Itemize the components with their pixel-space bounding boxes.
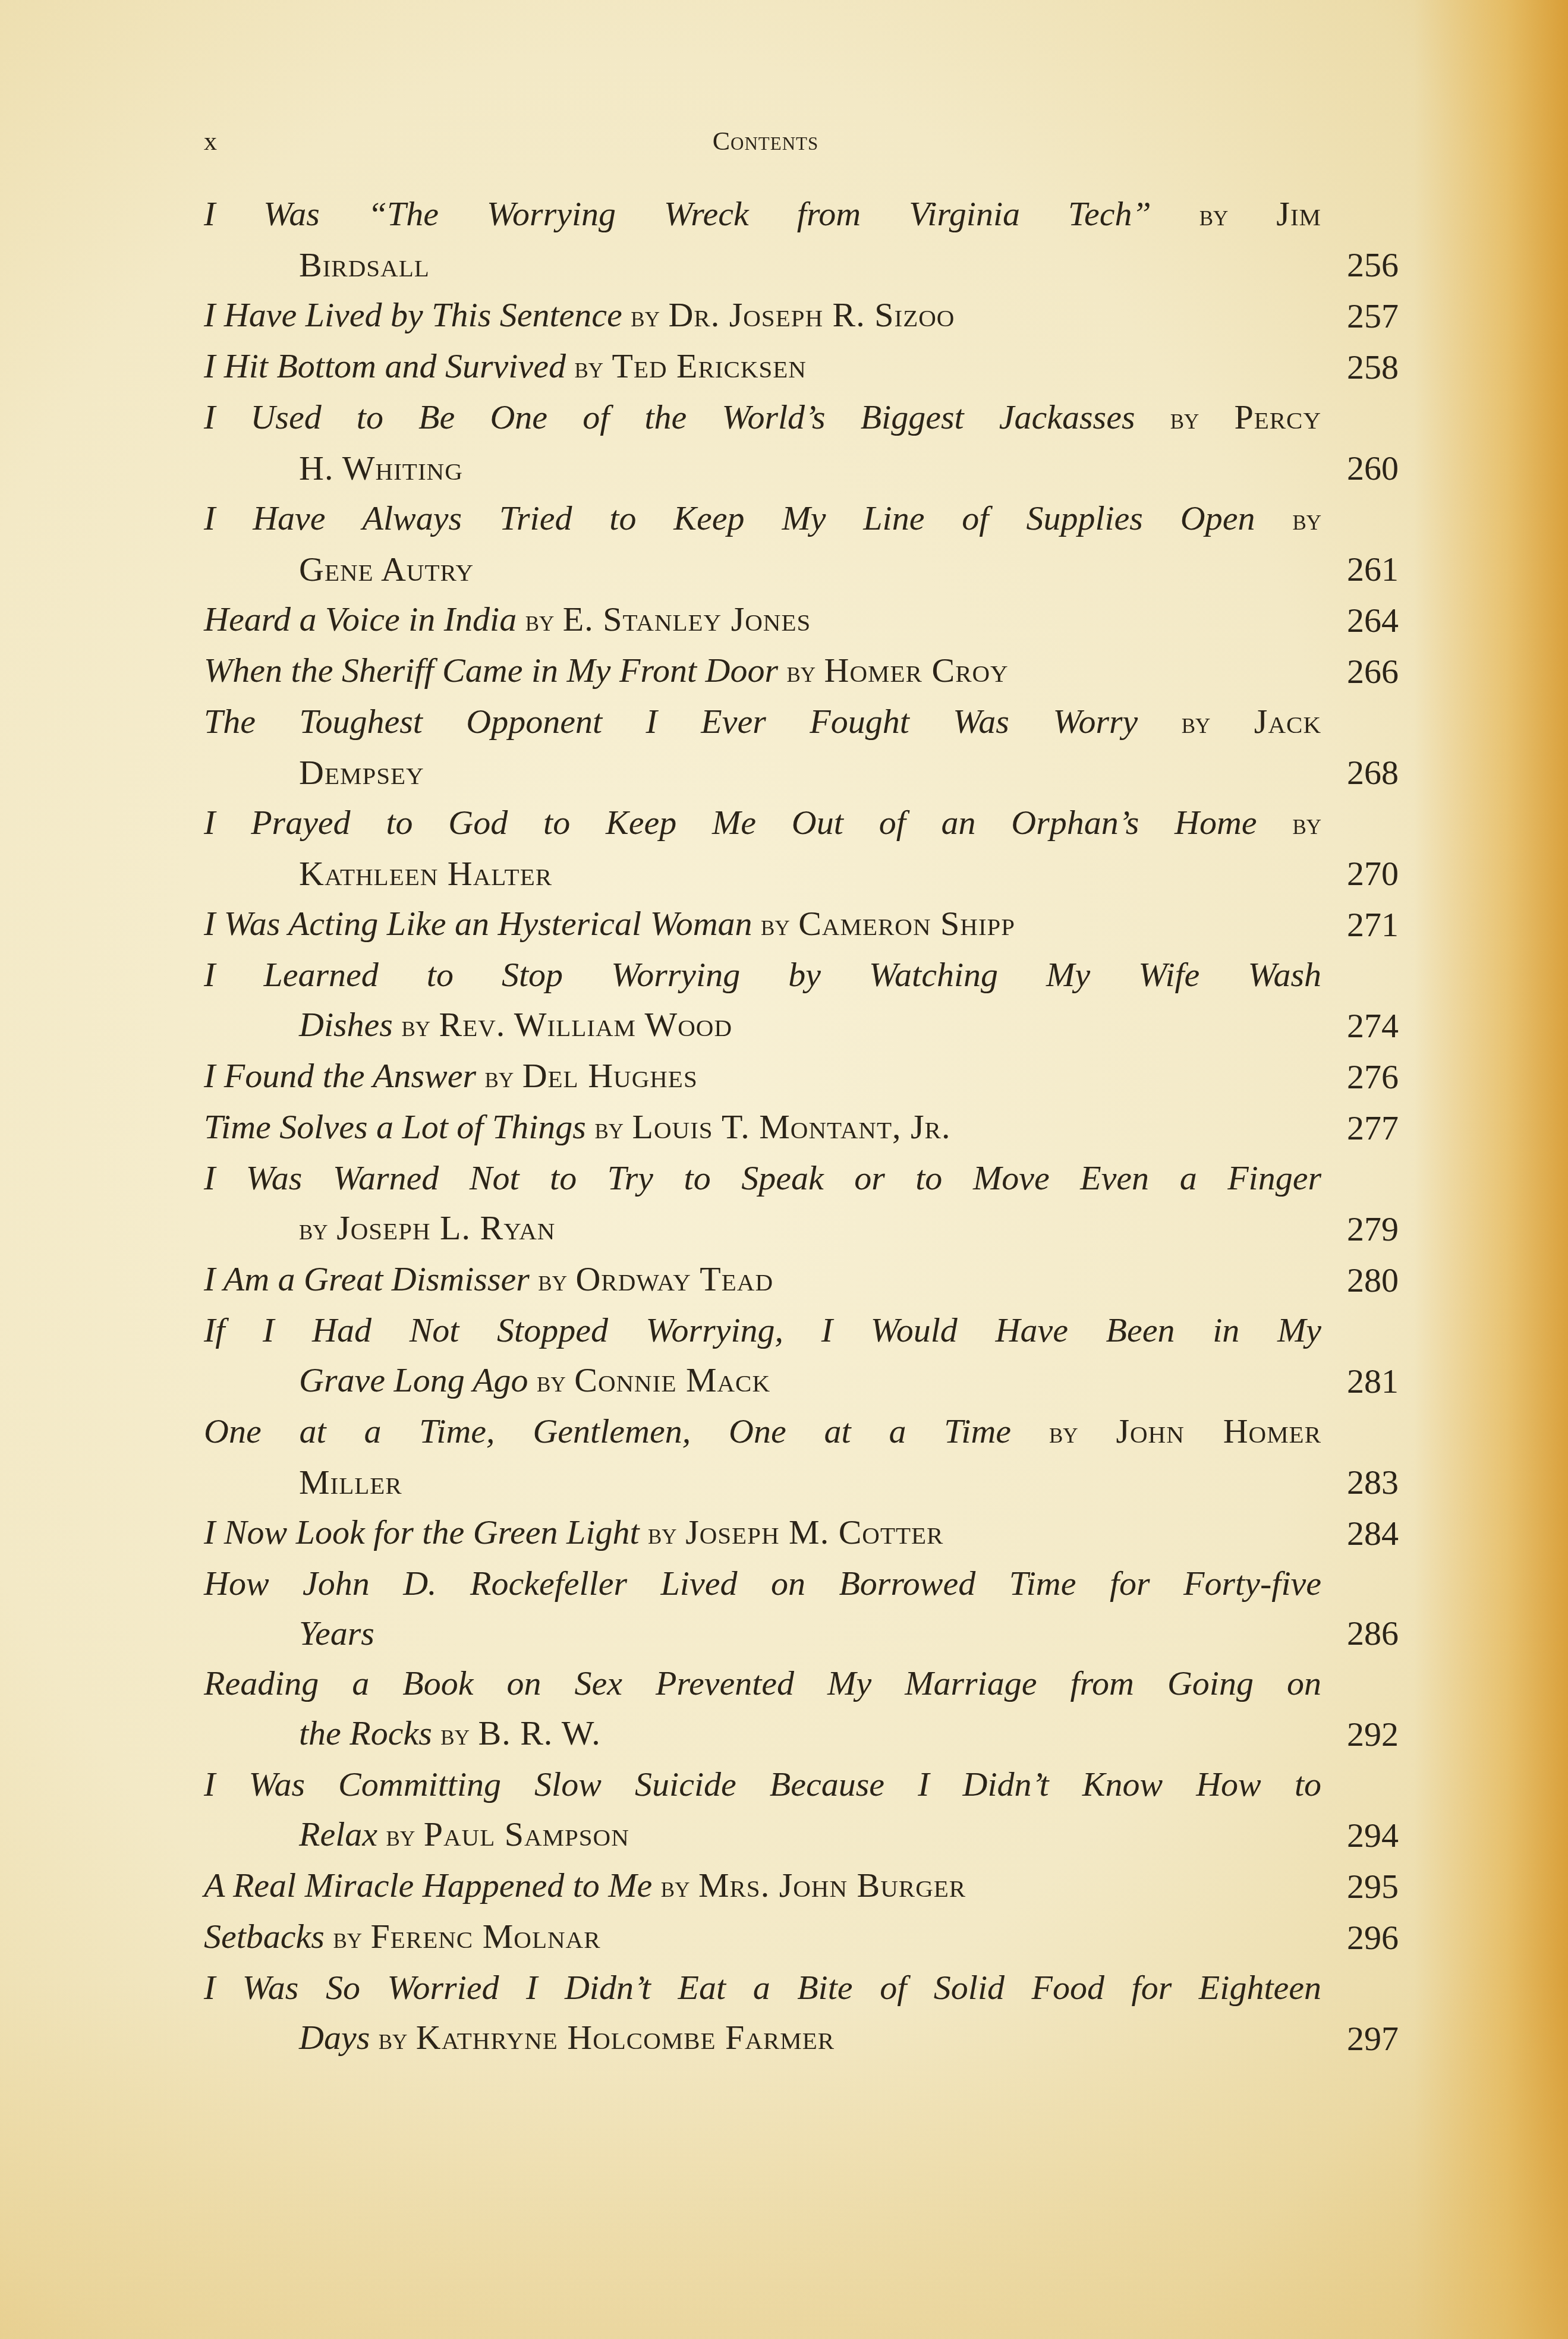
chapter-title: I Now Look for the Green Light bbox=[204, 1513, 640, 1551]
page-number: 261 bbox=[1347, 544, 1399, 594]
page-number: 276 bbox=[1347, 1052, 1399, 1102]
entry-line: A Real Miracle Happened to Me by Mrs. Jo… bbox=[204, 1861, 1399, 1912]
entry-continuation-line: by Joseph L. Ryan bbox=[204, 1203, 1399, 1254]
chapter-title: I Learned to Stop Worrying by Watching M… bbox=[204, 955, 1321, 994]
author-name: Connie Mack bbox=[574, 1361, 770, 1399]
author-name: B. R. W. bbox=[478, 1714, 600, 1752]
chapter-title: I Was Acting Like an Hysterical Woman bbox=[204, 904, 752, 943]
chapter-title: I Was So Worried I Didn’t Eat a Bite of … bbox=[204, 1968, 1321, 2007]
by-label: by bbox=[401, 1009, 430, 1043]
chapter-title: I Hit Bottom and Survived bbox=[204, 347, 566, 385]
chapter-title: I Am a Great Dismisser bbox=[204, 1260, 530, 1298]
author-name: Cameron Shipp bbox=[798, 904, 1015, 943]
chapter-title: Grave Long Ago bbox=[299, 1361, 528, 1399]
entry-continuation-line: Relax by Paul Sampson bbox=[204, 1809, 1399, 1861]
toc-entry: I Was Committing Slow Suicide Because I … bbox=[204, 1759, 1399, 1861]
chapter-title: I Found the Answer bbox=[204, 1056, 476, 1095]
toc-entry: If I Had Not Stopped Worrying, I Would H… bbox=[204, 1305, 1399, 1406]
page-number: 294 bbox=[1347, 1811, 1399, 1861]
author-name: Ferenc Molnar bbox=[371, 1917, 601, 1956]
by-label: by bbox=[379, 2022, 408, 2055]
entry-line: I Learned to Stop Worrying by Watching M… bbox=[204, 950, 1321, 1000]
toc-entry: I Now Look for the Green Light by Joseph… bbox=[204, 1507, 1399, 1559]
entry-line: One at a Time, Gentlemen, One at a Time … bbox=[204, 1406, 1321, 1457]
by-label: by bbox=[1199, 199, 1229, 232]
entry-line: I Was Acting Like an Hysterical Woman by… bbox=[204, 899, 1399, 950]
author-name: Jim bbox=[1276, 194, 1321, 233]
toc-entry: I Was Acting Like an Hysterical Woman by… bbox=[204, 899, 1399, 950]
entry-line: I Have Always Tried to Keep My Line of S… bbox=[204, 493, 1321, 544]
chapter-title: Time Solves a Lot of Things bbox=[204, 1107, 586, 1146]
by-label: by bbox=[485, 1060, 514, 1094]
entry-line: I Now Look for the Green Light by Joseph… bbox=[204, 1507, 1399, 1559]
chapter-title: Relax bbox=[299, 1815, 377, 1853]
author-name: H. Whiting bbox=[299, 449, 463, 487]
by-label: by bbox=[538, 1264, 567, 1297]
by-label: by bbox=[574, 351, 603, 384]
page-number: 277 bbox=[1347, 1103, 1399, 1153]
page-number: 264 bbox=[1347, 596, 1399, 646]
toc-entry: I Have Lived by This Sentence by Dr. Jos… bbox=[204, 290, 1399, 341]
page-number: 274 bbox=[1347, 1001, 1399, 1051]
page-number: 271 bbox=[1347, 900, 1399, 950]
page-number: 283 bbox=[1347, 1457, 1399, 1507]
author-name: Ordway Tead bbox=[575, 1260, 773, 1298]
author-name: Dempsey bbox=[299, 753, 424, 792]
author-name: Percy bbox=[1234, 398, 1321, 436]
author-name: Kathryne Holcombe Farmer bbox=[416, 2018, 835, 2057]
entry-continuation-line: Gene Autry bbox=[204, 544, 1399, 594]
entry-line: When the Sheriff Came in My Front Door b… bbox=[204, 646, 1399, 697]
entry-line: I Was Warned Not to Try to Speak or to M… bbox=[204, 1153, 1321, 1203]
toc-entry: How John D. Rockefeller Lived on Borrowe… bbox=[204, 1559, 1399, 1658]
entry-line: I Have Lived by This Sentence by Dr. Jos… bbox=[204, 290, 1399, 341]
by-label: by bbox=[1049, 1416, 1078, 1449]
by-label: by bbox=[1292, 807, 1321, 840]
chapter-title: Years bbox=[299, 1614, 374, 1652]
page-number: 260 bbox=[1347, 443, 1399, 493]
entry-line: I Hit Bottom and Survived by Ted Erickse… bbox=[204, 341, 1399, 392]
toc-entry: I Learned to Stop Worrying by Watching M… bbox=[204, 950, 1399, 1051]
entry-line: I Was “The Worrying Wreck from Virginia … bbox=[204, 189, 1321, 240]
author-name: Birdsall bbox=[299, 245, 430, 284]
chapter-title: A Real Miracle Happened to Me bbox=[204, 1866, 652, 1904]
toc-entry: I Prayed to God to Keep Me Out of an Orp… bbox=[204, 798, 1399, 899]
page-number: 292 bbox=[1347, 1710, 1399, 1759]
page-number: 256 bbox=[1347, 240, 1399, 290]
entry-line: Reading a Book on Sex Prevented My Marri… bbox=[204, 1658, 1321, 1708]
chapter-title: I Used to Be One of the World’s Biggest … bbox=[204, 398, 1135, 436]
entry-line: Setbacks by Ferenc Molnar bbox=[204, 1912, 1399, 1963]
chapter-title: One at a Time, Gentlemen, One at a Time bbox=[204, 1412, 1011, 1450]
entry-line: How John D. Rockefeller Lived on Borrowe… bbox=[204, 1559, 1321, 1608]
chapter-title: I Was Committing Slow Suicide Because I … bbox=[204, 1765, 1321, 1803]
toc-entry: Heard a Voice in India by E. Stanley Jon… bbox=[204, 594, 1399, 646]
page-number: 258 bbox=[1347, 342, 1399, 392]
page-edge-shading bbox=[1413, 0, 1568, 2339]
chapter-title: Dishes bbox=[299, 1005, 393, 1044]
chapter-title: the Rocks bbox=[299, 1714, 432, 1752]
by-label: by bbox=[440, 1718, 470, 1751]
by-label: by bbox=[1182, 706, 1211, 739]
by-label: by bbox=[537, 1365, 566, 1398]
chapter-title: If I Had Not Stopped Worrying, I Would H… bbox=[204, 1311, 1321, 1349]
running-header: x Contents bbox=[204, 126, 1327, 162]
page-number: 281 bbox=[1347, 1356, 1399, 1406]
page-number: 284 bbox=[1347, 1509, 1399, 1559]
page-number: 257 bbox=[1347, 291, 1399, 341]
entry-continuation-line: Grave Long Ago by Connie Mack bbox=[204, 1355, 1399, 1406]
author-name: Homer Croy bbox=[824, 651, 1009, 690]
chapter-title: I Have Lived by This Sentence bbox=[204, 295, 622, 334]
by-label: by bbox=[631, 300, 660, 333]
by-label: by bbox=[333, 1921, 362, 1954]
by-label: by bbox=[1170, 402, 1199, 435]
author-name: Kathleen Halter bbox=[299, 854, 552, 893]
toc-entry: I Am a Great Dismisser by Ordway Tead280 bbox=[204, 1254, 1399, 1305]
toc-entry: Setbacks by Ferenc Molnar296 bbox=[204, 1912, 1399, 1963]
by-label: by bbox=[525, 604, 555, 637]
toc-entry: The Toughest Opponent I Ever Fought Was … bbox=[204, 697, 1399, 798]
author-name: E. Stanley Jones bbox=[563, 600, 811, 638]
toc-entry: I Found the Answer by Del Hughes276 bbox=[204, 1051, 1399, 1102]
author-name: Joseph L. Ryan bbox=[336, 1208, 555, 1247]
entry-line: I Prayed to God to Keep Me Out of an Orp… bbox=[204, 798, 1321, 849]
entry-line: Time Solves a Lot of Things by Louis T. … bbox=[204, 1102, 1399, 1153]
toc-entry: Time Solves a Lot of Things by Louis T. … bbox=[204, 1102, 1399, 1153]
toc-entry: One at a Time, Gentlemen, One at a Time … bbox=[204, 1406, 1399, 1507]
page-number: 266 bbox=[1347, 647, 1399, 697]
toc-entry: I Was Warned Not to Try to Speak or to M… bbox=[204, 1153, 1399, 1254]
author-name: Miller bbox=[299, 1463, 402, 1501]
chapter-title: How John D. Rockefeller Lived on Borrowe… bbox=[204, 1564, 1321, 1603]
entry-continuation-line: Days by Kathryne Holcombe Farmer bbox=[204, 2013, 1399, 2064]
toc-entry: I Used to Be One of the World’s Biggest … bbox=[204, 392, 1399, 493]
entry-continuation-line: Miller bbox=[204, 1457, 1399, 1507]
entry-line: I Found the Answer by Del Hughes bbox=[204, 1051, 1399, 1102]
entry-continuation-line: Dishes by Rev. William Wood bbox=[204, 1000, 1399, 1051]
author-name: Mrs. John Burger bbox=[698, 1866, 966, 1904]
by-label: by bbox=[386, 1819, 415, 1852]
toc-entry: I Was “The Worrying Wreck from Virginia … bbox=[204, 189, 1399, 290]
entry-line: I Used to Be One of the World’s Biggest … bbox=[204, 392, 1321, 443]
page-number: 268 bbox=[1347, 748, 1399, 798]
author-name: Louis T. Montant, Jr. bbox=[632, 1107, 951, 1146]
by-label: by bbox=[786, 655, 816, 688]
by-label: by bbox=[761, 908, 790, 942]
toc-entry: I Have Always Tried to Keep My Line of S… bbox=[204, 493, 1399, 594]
author-name: Del Hughes bbox=[522, 1056, 698, 1095]
chapter-title: I Was Warned Not to Try to Speak or to M… bbox=[204, 1159, 1321, 1197]
by-label: by bbox=[594, 1112, 624, 1145]
toc-entry: A Real Miracle Happened to Me by Mrs. Jo… bbox=[204, 1861, 1399, 1912]
page-number: 270 bbox=[1347, 849, 1399, 899]
author-name: Paul Sampson bbox=[424, 1815, 629, 1853]
entry-continuation-line: H. Whiting bbox=[204, 443, 1399, 493]
toc-entry: When the Sheriff Came in My Front Door b… bbox=[204, 646, 1399, 697]
entry-line: Heard a Voice in India by E. Stanley Jon… bbox=[204, 594, 1399, 646]
entry-line: If I Had Not Stopped Worrying, I Would H… bbox=[204, 1305, 1321, 1355]
by-label: by bbox=[1292, 503, 1321, 536]
entry-continuation-line: the Rocks by B. R. W. bbox=[204, 1708, 1399, 1759]
page-number: 279 bbox=[1347, 1204, 1399, 1254]
chapter-title: Reading a Book on Sex Prevented My Marri… bbox=[204, 1664, 1321, 1702]
entry-line: I Was So Worried I Didn’t Eat a Bite of … bbox=[204, 1963, 1321, 2013]
page-number: 296 bbox=[1347, 1913, 1399, 1963]
page-number: 280 bbox=[1347, 1255, 1399, 1305]
toc-entry: I Hit Bottom and Survived by Ted Erickse… bbox=[204, 341, 1399, 392]
author-name: Jack bbox=[1254, 702, 1321, 741]
entry-continuation-line: Kathleen Halter bbox=[204, 849, 1399, 899]
author-name: Joseph M. Cotter bbox=[685, 1513, 943, 1551]
toc-entry: Reading a Book on Sex Prevented My Marri… bbox=[204, 1658, 1399, 1759]
entry-line: I Am a Great Dismisser by Ordway Tead bbox=[204, 1254, 1399, 1305]
author-name: Dr. Joseph R. Sizoo bbox=[668, 295, 955, 334]
chapter-title: Heard a Voice in India bbox=[204, 600, 517, 638]
by-label: by bbox=[648, 1517, 677, 1550]
chapter-title: I Have Always Tried to Keep My Line of S… bbox=[204, 499, 1255, 537]
running-title: Contents bbox=[204, 126, 1327, 156]
entry-line: I Was Committing Slow Suicide Because I … bbox=[204, 1759, 1321, 1809]
chapter-title: I Was “The Worrying Wreck from Virginia … bbox=[204, 194, 1151, 233]
by-label: by bbox=[661, 1870, 690, 1903]
toc-entry: I Was So Worried I Didn’t Eat a Bite of … bbox=[204, 1963, 1399, 2064]
author-name: Ted Ericksen bbox=[612, 347, 807, 385]
entry-line: The Toughest Opponent I Ever Fought Was … bbox=[204, 697, 1321, 748]
chapter-title: I Prayed to God to Keep Me Out of an Orp… bbox=[204, 803, 1257, 842]
page-number: 297 bbox=[1347, 2014, 1399, 2064]
chapter-title: Days bbox=[299, 2018, 370, 2057]
entry-continuation-line: Years bbox=[204, 1608, 1399, 1658]
page-number: 295 bbox=[1347, 1862, 1399, 1912]
entry-continuation-line: Birdsall bbox=[204, 240, 1399, 290]
author-name: Rev. William Wood bbox=[439, 1005, 733, 1044]
chapter-title: The Toughest Opponent I Ever Fought Was … bbox=[204, 702, 1138, 741]
chapter-title: When the Sheriff Came in My Front Door bbox=[204, 651, 778, 690]
entry-continuation-line: Dempsey bbox=[204, 748, 1399, 798]
by-label: by bbox=[299, 1213, 328, 1246]
author-name: John Homer bbox=[1116, 1412, 1321, 1450]
chapter-title: Setbacks bbox=[204, 1917, 325, 1956]
table-of-contents: I Was “The Worrying Wreck from Virginia … bbox=[204, 189, 1399, 2064]
page-number: 286 bbox=[1347, 1608, 1399, 1658]
author-name: Gene Autry bbox=[299, 550, 474, 588]
